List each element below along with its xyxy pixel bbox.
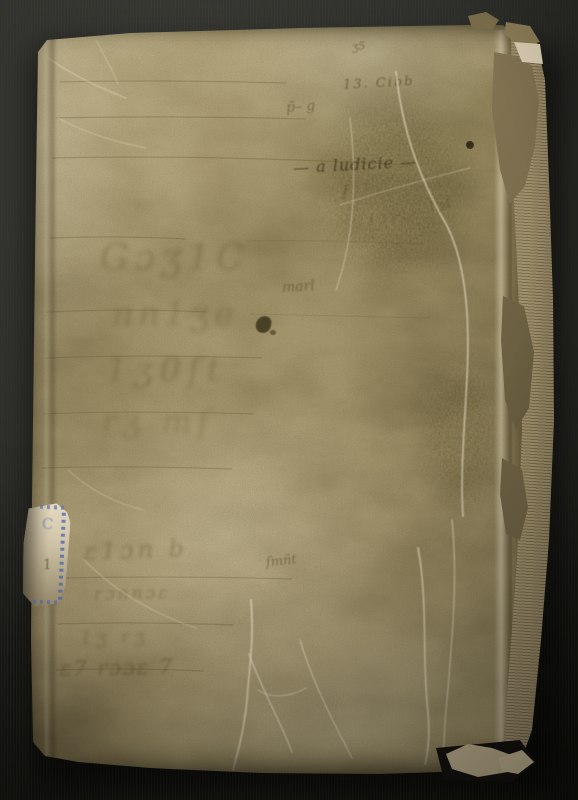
photo-of-book: ʒ5 13. Cibb p̃– g — a ludicie — I 1ʒ4 Gɔ… — [0, 0, 578, 800]
photo-vignette — [0, 0, 578, 800]
